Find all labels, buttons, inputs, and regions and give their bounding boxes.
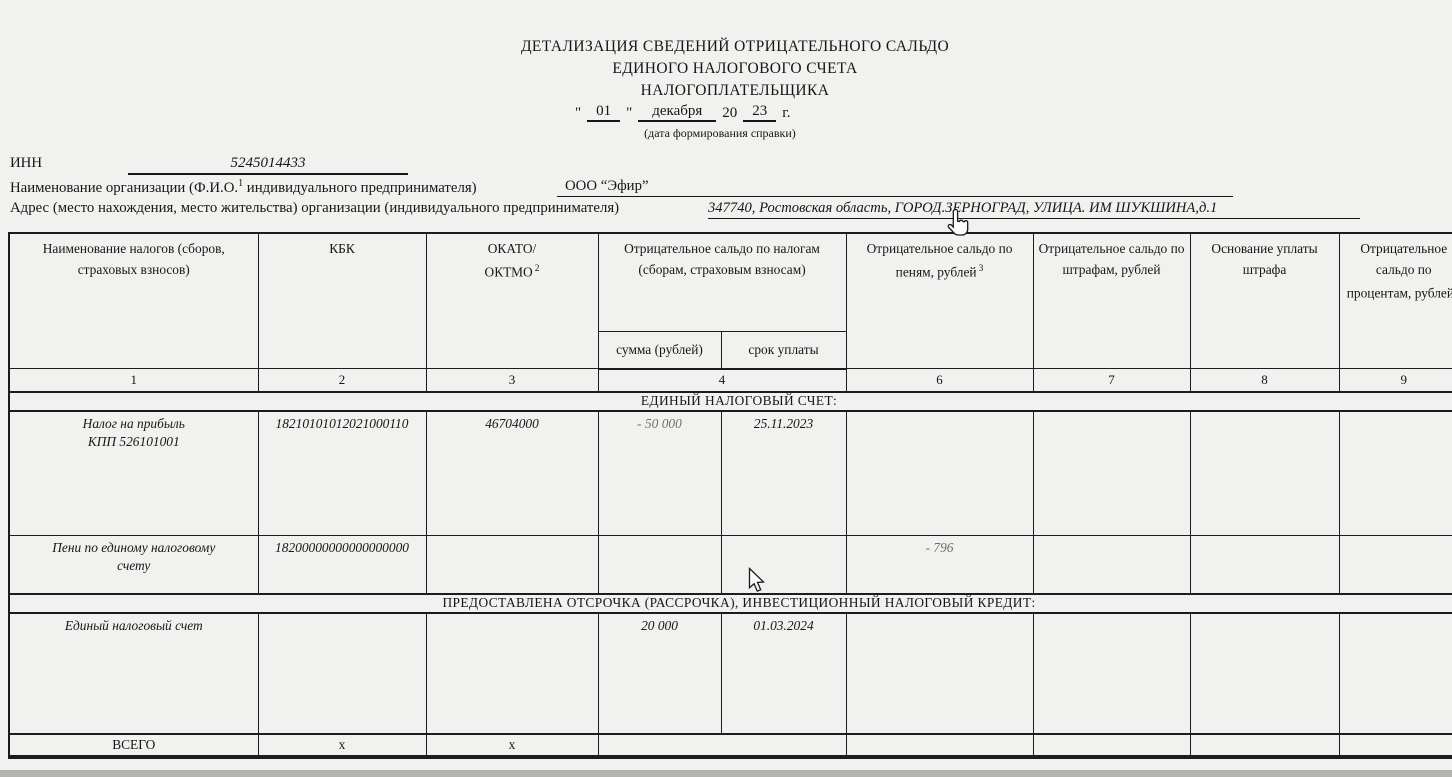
header-neg-peni: Отрицательное сальдо по пеням, рублей3 (846, 233, 1033, 369)
header-due: срок уплаты (721, 331, 846, 369)
total-peni-cell (846, 734, 1033, 757)
date-caption: (дата формирования справки) (575, 126, 865, 141)
total-kbk-mark: х (258, 734, 426, 757)
row2-kbk: 18200000000000000000 (258, 535, 426, 594)
address-label: Адрес (место нахождения, место жительств… (10, 200, 619, 217)
row3-due: 01.03.2024 (721, 613, 846, 734)
title-line-1: ДЕТАЛИЗАЦИЯ СВЕДЕНИЙ ОТРИЦАТЕЛЬНОГО САЛЬ… (0, 36, 1452, 58)
org-value: ООО “Эфир” (557, 178, 1233, 197)
header-basis: Основание уплаты штрафа (1190, 233, 1339, 369)
total-oktmo-mark: х (426, 734, 598, 757)
col-num-2: 2 (258, 369, 426, 392)
column-numbers-row: 1 2 3 4 6 7 8 9 (9, 369, 1452, 392)
total-shtraf-cell (1033, 734, 1190, 757)
balance-detail-table: Наименование налогов (сборов, страховых … (8, 232, 1452, 759)
date-quote-open: " (575, 105, 581, 122)
title-line-2: ЕДИНОГО НАЛОГОВОГО СЧЕТА (0, 58, 1452, 80)
row3-name: Единый налоговый счет (9, 613, 258, 734)
date-era: г. (782, 105, 790, 122)
header-neg-percent: Отрицательное сальдо по процентам, рубле… (1339, 233, 1452, 369)
col-num-1: 1 (9, 369, 258, 392)
row3-percent (1339, 613, 1452, 734)
row3-basis (1190, 613, 1339, 734)
header-taxes: Наименование налогов (сборов, страховых … (9, 233, 258, 369)
section-unified-tax-account: ЕДИНЫЙ НАЛОГОВЫЙ СЧЕТ: (9, 392, 1452, 411)
row3-sum: 20 000 (598, 613, 721, 734)
row2-percent (1339, 535, 1452, 594)
row1-oktmo: 46704000 (426, 411, 598, 536)
row2-peni: - 796 (846, 535, 1033, 594)
total-label: ВСЕГО (9, 734, 258, 757)
total-sum-cell (598, 734, 846, 757)
footnote-2-marker: 2 (535, 264, 540, 274)
table-row-peni: Пени по единому налоговомусчету 18200000… (9, 535, 1452, 594)
viewport-bottom-edge (0, 770, 1452, 777)
col-num-3: 3 (426, 369, 598, 392)
row1-shtraf (1033, 411, 1190, 536)
col-num-9: 9 (1339, 369, 1452, 392)
row1-basis (1190, 411, 1339, 536)
total-basis-cell (1190, 734, 1339, 757)
table-row-ens-credit: Единый налоговый счет 20 000 01.03.2024 (9, 613, 1452, 734)
col-num-7: 7 (1033, 369, 1190, 392)
formation-date: " 01 " декабря 20 23 г. (575, 103, 791, 122)
org-label: Наименование организации (Ф.И.О.1 индиви… (10, 178, 477, 197)
total-percent-cell (1339, 734, 1452, 757)
row2-due (721, 535, 846, 594)
header-okato: ОКАТО/ОКТМО2 (426, 233, 598, 369)
header-row: Наименование налогов (сборов, страховых … (9, 233, 1452, 331)
section-otsrochka: ПРЕДОСТАВЛЕНА ОТСРОЧКА (РАССРОЧКА), ИНВЕ… (9, 594, 1452, 613)
date-year: 23 (743, 103, 776, 122)
row1-percent (1339, 411, 1452, 536)
col-num-6: 6 (846, 369, 1033, 392)
row3-shtraf (1033, 613, 1190, 734)
row1-kbk: 18210101012021000110 (258, 411, 426, 536)
row2-oktmo (426, 535, 598, 594)
table-row-total: ВСЕГО х х (9, 734, 1452, 757)
row1-due: 25.11.2023 (721, 411, 846, 536)
row3-peni (846, 613, 1033, 734)
date-quote-close: " (626, 105, 632, 122)
inn-value: 5245014433 (128, 155, 408, 175)
document-title: ДЕТАЛИЗАЦИЯ СВЕДЕНИЙ ОТРИЦАТЕЛЬНОГО САЛЬ… (0, 36, 1452, 102)
address-value: 347740, Ростовская область, ГОРОД.ЗЕРНОГ… (708, 200, 1360, 219)
row2-name: Пени по единому налоговомусчету (9, 535, 258, 594)
footnote-3-marker: 3 (979, 264, 984, 274)
row2-sum (598, 535, 721, 594)
table-row-profit-tax: Налог на прибыльКПП 526101001 1821010101… (9, 411, 1452, 536)
row3-kbk (258, 613, 426, 734)
row1-peni (846, 411, 1033, 536)
row1-sum: - 50 000 (598, 411, 721, 536)
title-line-3: НАЛОГОПЛАТЕЛЬЩИКА (0, 80, 1452, 102)
row2-shtraf (1033, 535, 1190, 594)
date-month: декабря (638, 103, 716, 122)
col-num-4: 4 (598, 369, 846, 392)
header-neg-shtraf: Отрицательное сальдо по штрафам, рублей (1033, 233, 1190, 369)
date-century: 20 (722, 105, 737, 122)
row2-basis (1190, 535, 1339, 594)
header-kbk: КБК (258, 233, 426, 369)
header-sum: сумма (рублей) (598, 331, 721, 369)
col-num-8: 8 (1190, 369, 1339, 392)
inn-label: ИНН (10, 155, 42, 172)
date-day: 01 (587, 103, 620, 122)
row3-oktmo (426, 613, 598, 734)
header-neg-tax: Отрицательное сальдо по налогам (сборам,… (598, 233, 846, 331)
row1-name: Налог на прибыльКПП 526101001 (9, 411, 258, 536)
